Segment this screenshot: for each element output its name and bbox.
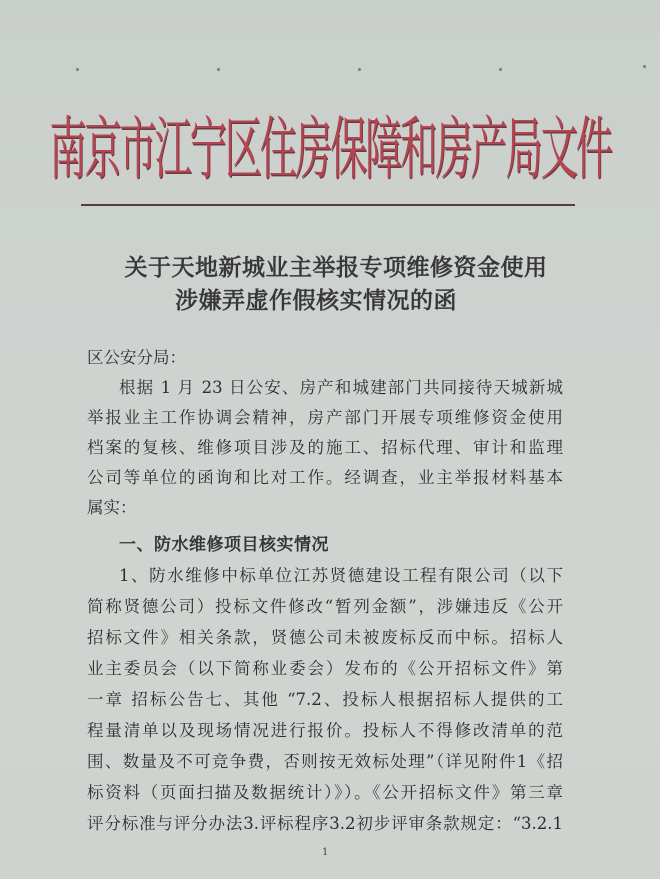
paragraph-line: 围、数量及不可竞争费，否则按无效标处理”（详见附件1《招 xyxy=(87,748,563,772)
document-title-line-1: 关于天地新城业主举报专项维修资金使用 xyxy=(6,249,660,282)
binding-hole xyxy=(76,68,79,71)
paragraph-line: 招标文件》相关条款，贤德公司未被废标反而中标。招标人 xyxy=(87,624,563,648)
issuing-authority: 南京市江宁区住房保障和房产局文件 xyxy=(49,94,611,192)
binding-holes xyxy=(0,68,660,72)
paragraph-line: 评分标准与评分办法3.评标程序3.2初步评审条款规定：“3.2.1 xyxy=(87,810,563,834)
paragraph-line: 一章 招标公告七、其他 “7.2、投标人根据招标人提供的工 xyxy=(87,686,563,710)
paragraph-line: 标资料（页面扫描及数据统计）》）。《公开招标文件》第三章 xyxy=(87,779,563,803)
document-page: 南京市江宁区住房保障和房产局文件 关于天地新城业主举报专项维修资金使用 涉嫌弄虚… xyxy=(0,0,660,879)
binding-hole xyxy=(643,65,646,68)
paragraph-line: 公司等单位的函询和比对工作。经调查，业主举报材料基本 xyxy=(87,464,563,488)
paragraph-line: 简称贤德公司）投标文件修改“暂列金额”，涉嫌违反《公开 xyxy=(87,593,563,617)
paragraph-line: 1、防水维修中标单位江苏贤德建设工程有限公司（以下 xyxy=(119,562,563,586)
binding-hole xyxy=(358,68,361,71)
document-header: 南京市江宁区住房保障和房产局文件 xyxy=(84,102,576,184)
paragraph-line: 业主委员会（以下简称业委会）发布的《公开招标文件》第 xyxy=(87,655,563,679)
document-title-line-2: 涉嫌弄虚作假核实情况的函 xyxy=(0,282,646,315)
paragraph-line: 程量清单以及现场情况进行报价。投标人不得修改清单的范 xyxy=(87,717,563,741)
binding-hole xyxy=(499,68,502,71)
paragraph-line: 档案的复核、维修项目涉及的施工、招标代理、审计和监理 xyxy=(87,434,563,458)
paragraph-line: 属实： xyxy=(87,494,563,518)
paragraph-line: 举报业主工作协调会精神，房产部门开展专项维修资金使用 xyxy=(87,404,563,428)
page-number: 1 xyxy=(322,847,328,858)
binding-hole xyxy=(217,68,220,71)
header-divider xyxy=(81,204,575,206)
salutation: 区公安分局： xyxy=(87,344,563,368)
paragraph-line: 根据 1 月 23 日公安、房产和城建部门共同接待天城新城 xyxy=(119,374,563,398)
section-heading: 一、防水维修项目核实情况 xyxy=(119,530,329,555)
